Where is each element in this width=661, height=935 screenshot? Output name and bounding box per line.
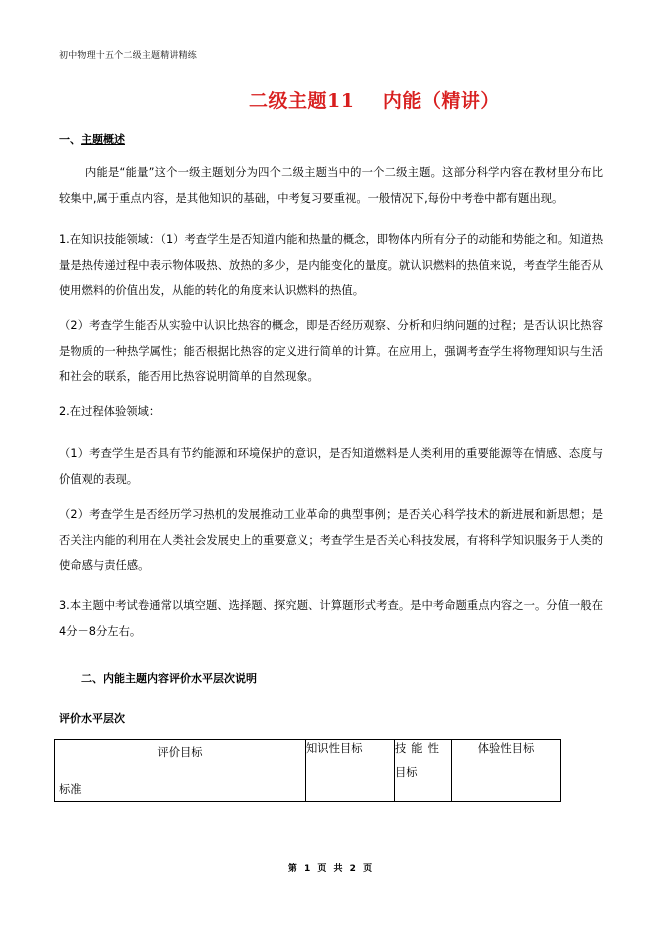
intro-paragraph: 内能是“能量”这个一级主题划分为四个二级主题当中的一个二级主题。这部分科学内容在… xyxy=(59,160,603,211)
criteria-goal-label: 评价目标 xyxy=(55,744,305,760)
page-number-footer: 第 1 页 共 2 页 xyxy=(0,861,661,874)
evaluation-table: 评价目标 标准 知识性目标 技能性 目标 体验性目标 xyxy=(54,739,561,802)
section-2-heading: 二、内能主题内容评价水平层次说明 xyxy=(81,670,257,686)
knowledge-goal-cell: 知识性目标 xyxy=(306,740,395,802)
criteria-standard-label: 标准 xyxy=(59,781,82,797)
skill-goal-line2: 目标 xyxy=(395,764,451,780)
table-row: 评价目标 标准 知识性目标 技能性 目标 体验性目标 xyxy=(55,740,561,802)
evaluation-level-subheading: 评价水平层次 xyxy=(59,710,125,726)
section-1-title: 主题概述 xyxy=(81,133,125,146)
section-1-number: 一、 xyxy=(59,133,81,146)
skill-goal-line1: 技能性 xyxy=(395,740,451,756)
knowledge-skills-item-2: （2）考查学生能否从实验中认识比热容的概念，即是否经历观察、分析和归纳问题的过程… xyxy=(59,313,603,390)
process-experience-heading: 2.在过程体验领域： xyxy=(59,399,603,425)
section-1-heading: 一、主题概述 xyxy=(59,131,125,147)
experience-goal-cell: 体验性目标 xyxy=(452,740,561,802)
process-experience-item-1: （1）考查学生是否具有节约能源和环境保护的意识，是否知道燃料是人类利用的重要能源… xyxy=(59,441,603,492)
process-experience-item-2: （2）考查学生是否经历学习热机的发展推动工业革命的典型事例；是否关心科学技术的新… xyxy=(59,502,603,579)
document-title: 二级主题11 内能（精讲） xyxy=(249,86,500,113)
exam-format-item: 3.本主题中考试卷通常以填空题、选择题、探究题、计算题形式考查。是中考命题重点内… xyxy=(59,593,603,644)
running-header: 初中物理十五个二级主题精讲精练 xyxy=(59,48,197,61)
skill-goal-cell: 技能性 目标 xyxy=(395,740,452,802)
knowledge-skills-item-1: 1.在知识技能领域：（1）考查学生是否知道内能和热量的概念，即物体内所有分子的动… xyxy=(59,227,603,304)
criteria-cell: 评价目标 标准 xyxy=(55,740,306,802)
